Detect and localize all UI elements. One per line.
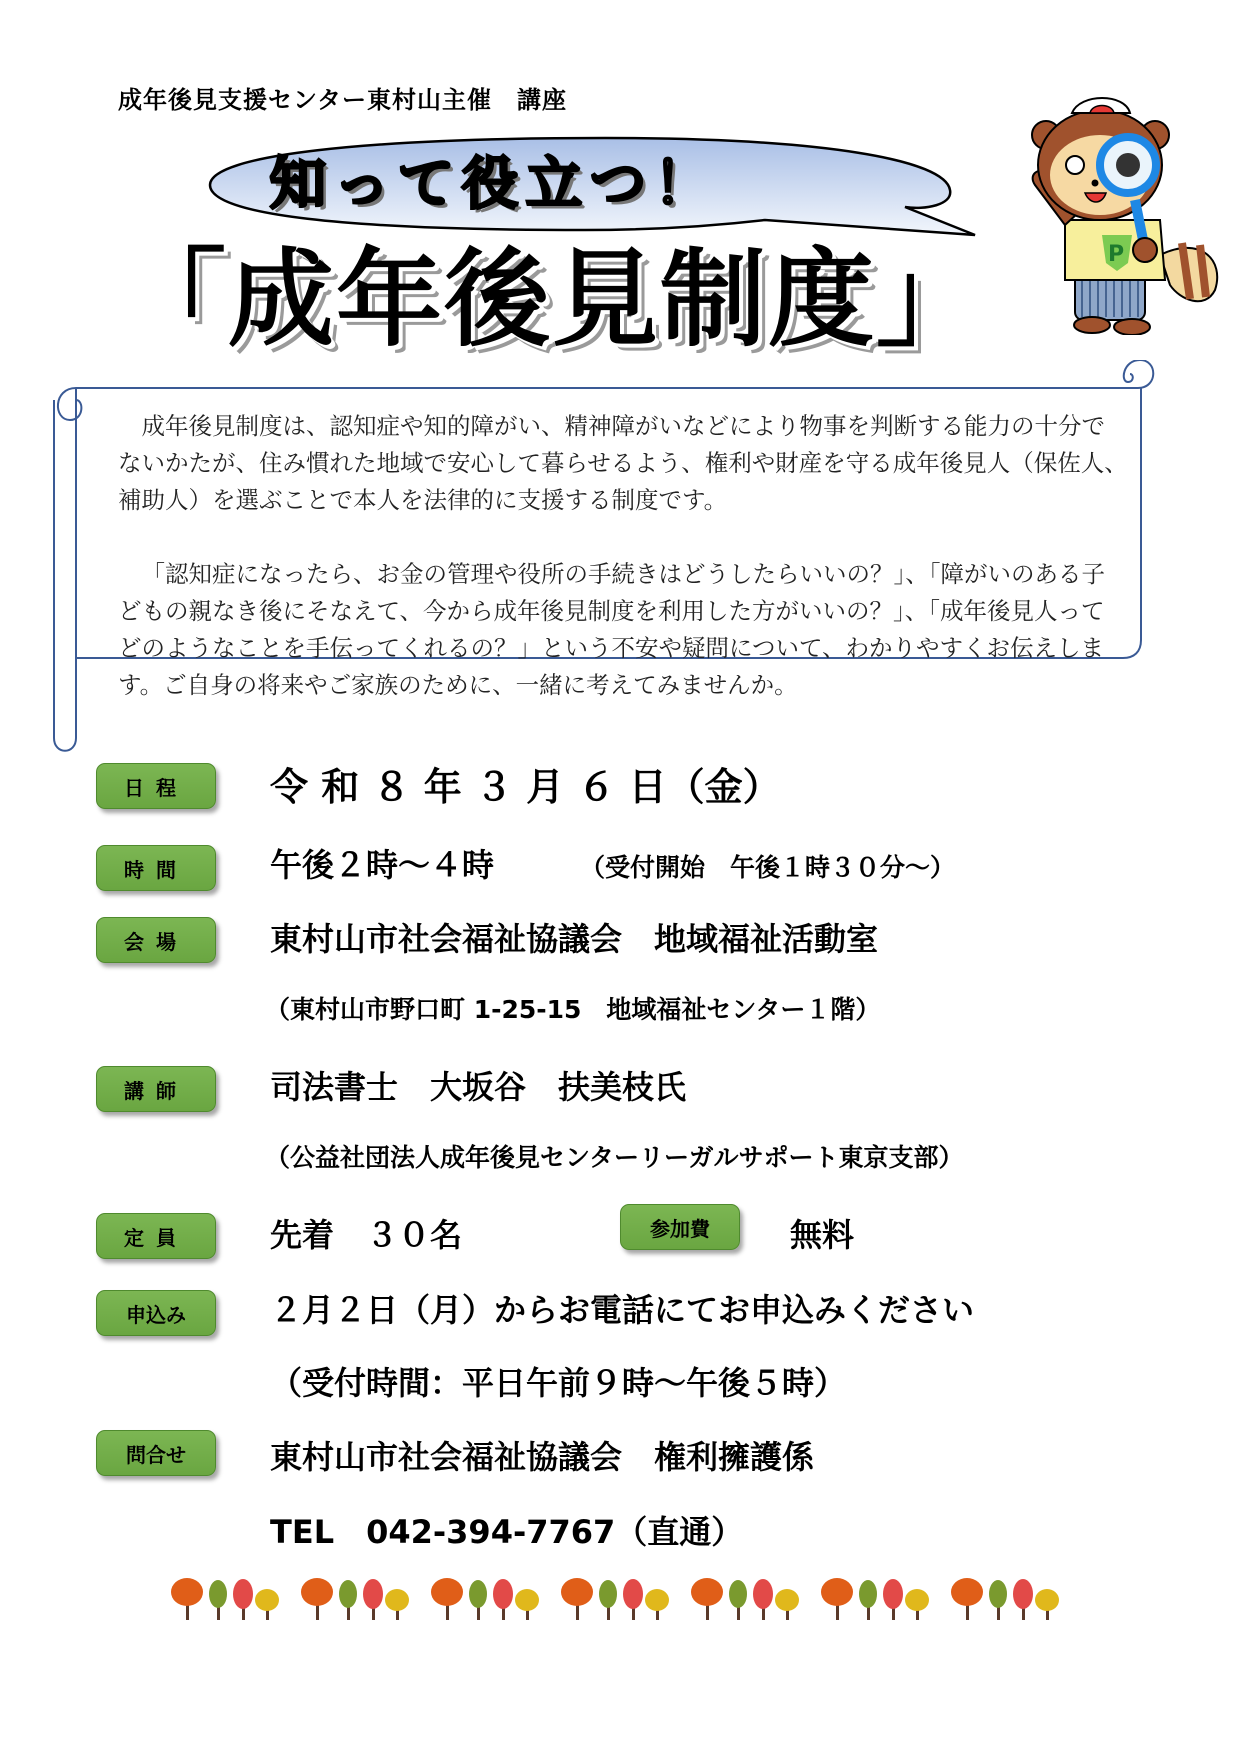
lecturer-affiliation: （公益社団法人成年後見センターリーガルサポート東京支部） [265, 1138, 964, 1174]
capacity-value: 先着 ３０名 [270, 1210, 462, 1256]
reception-start-note: （受付開始 午後１時３０分～） [580, 848, 955, 884]
apply-hours: （受付時間：平日午前９時～午後５時） [270, 1358, 846, 1404]
contact-value: 東村山市社会福祉協議会 権利擁護係 [270, 1432, 814, 1478]
apply-value: ２月２日（月）からお電話にてお申込みください [270, 1285, 974, 1331]
bubble-catchphrase: 知って役立つ！ [270, 140, 718, 220]
autumn-trees-decoration-icon [170, 1572, 1070, 1622]
venue-address: （東村山市野口町 1-25-15 地域福祉センター１階） [265, 990, 880, 1026]
raccoon-mascot-icon: P [1010, 85, 1230, 335]
schedule-value: 令 和 ８ 年 ３ 月 ６ 日（金） [270, 756, 781, 811]
label-apply: 申込み [96, 1290, 216, 1336]
label-schedule: 日程 [96, 763, 216, 809]
lecturer-value: 司法書士 大坂谷 扶美枝氏 [270, 1062, 686, 1108]
intro-paragraph-2: 「認知症になったら、お金の管理や役所の手続きはどうしたらいいの？」、「障がいのあ… [118, 556, 1128, 704]
intro-text: 成年後見制度は、認知症や知的障がい、精神障がいなどにより物事を判断する能力の十分… [118, 408, 1128, 741]
label-lecturer: 講師 [96, 1066, 216, 1112]
label-contact: 問合せ [96, 1430, 216, 1476]
fee-value: 無料 [790, 1210, 854, 1256]
venue-value: 東村山市社会福祉協議会 地域福祉活動室 [270, 914, 878, 960]
intro-paragraph-1: 成年後見制度は、認知症や知的障がい、精神障がいなどにより物事を判断する能力の十分… [118, 408, 1128, 519]
label-venue: 会場 [96, 917, 216, 963]
label-fee: 参加費 [620, 1204, 740, 1250]
label-time: 時間 [96, 845, 216, 891]
time-value: 午後２時～４時 [270, 840, 494, 886]
organizer-heading: 成年後見支援センター東村山主催 講座 [118, 80, 567, 115]
contact-tel: TEL 042-394-7767（直通） [270, 1507, 743, 1553]
label-capacity: 定員 [96, 1213, 216, 1259]
page-title: 「成年後見制度」 [120, 236, 984, 363]
svg-text:P: P [1108, 242, 1124, 267]
